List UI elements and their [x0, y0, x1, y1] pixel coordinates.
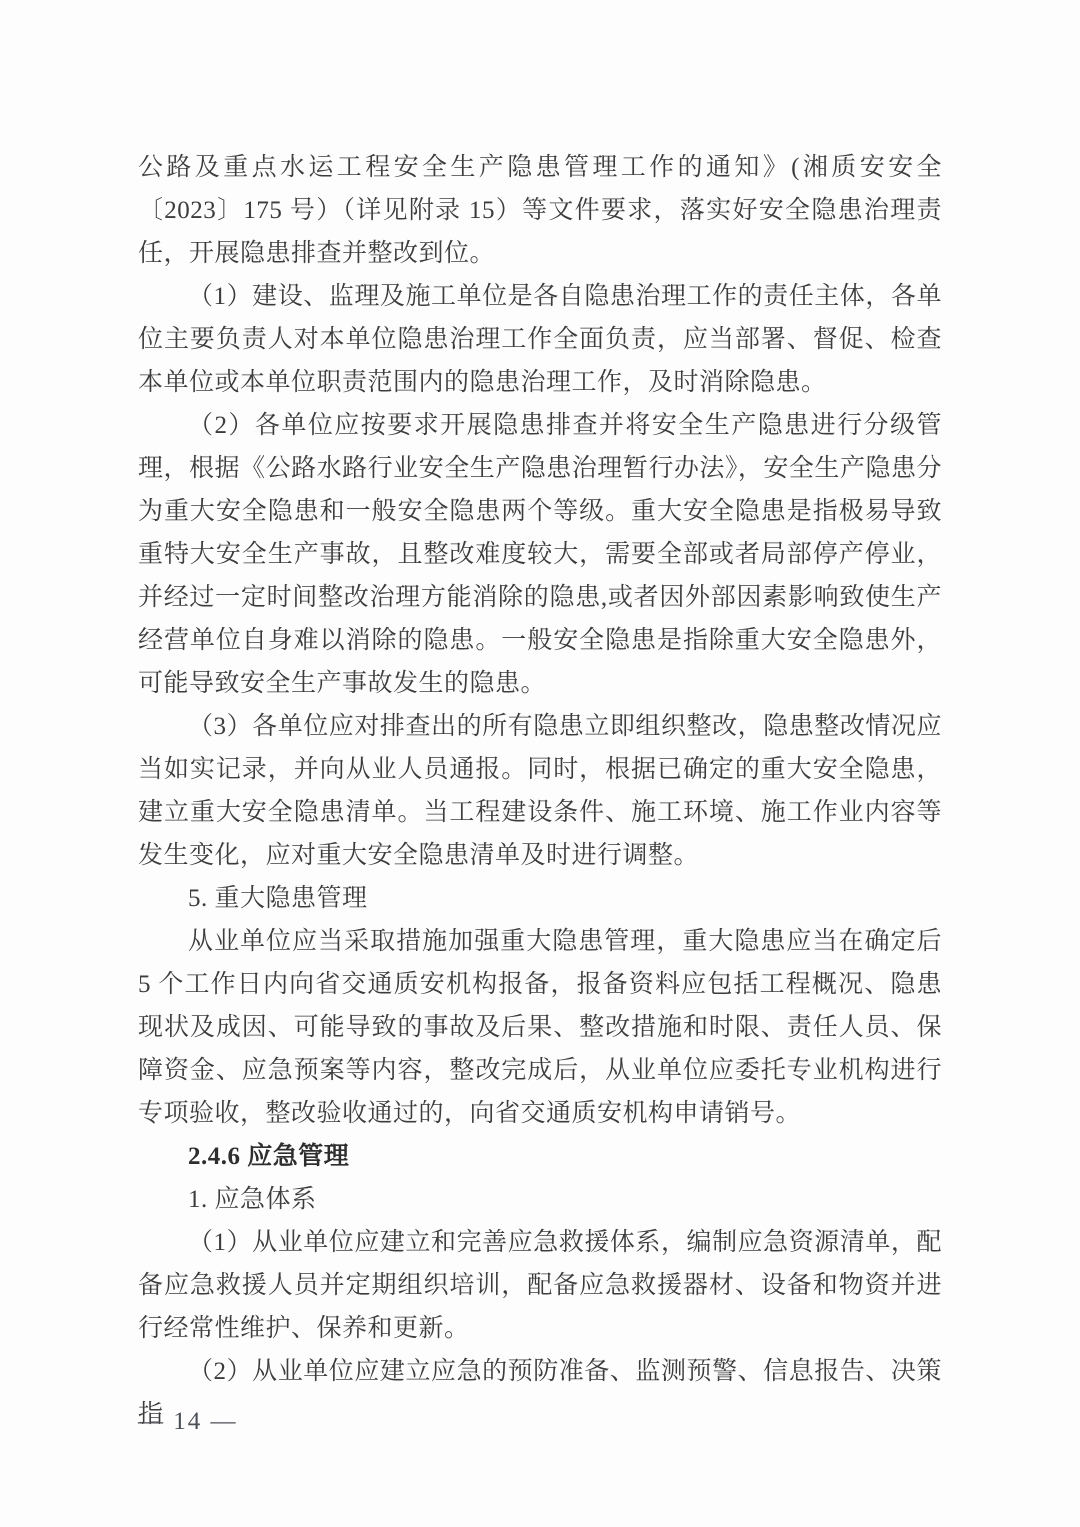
subheading-emergency-system: 1. 应急体系 — [138, 1178, 942, 1221]
paragraph-item-1: （1）建设、监理及施工单位是各自隐患治理工作的责任主体，各单位主要负责人对本单位… — [138, 275, 942, 404]
paragraph-continuation: 公路及重点水运工程安全生产隐患管理工作的通知》(湘质安安全〔2023〕175 号… — [138, 146, 942, 275]
section-heading-emergency-management: 2.4.6 应急管理 — [138, 1135, 942, 1178]
paragraph-emergency-2-partial: （2）从业单位应建立应急的预防准备、监测预警、信息报告、决策指 — [138, 1350, 942, 1436]
paragraph-item-3: （3）各单位应对排查出的所有隐患立即组织整改，隐患整改情况应当如实记录，并向从业… — [138, 705, 942, 877]
document-page: 公路及重点水运工程安全生产隐患管理工作的通知》(湘质安安全〔2023〕175 号… — [0, 0, 1080, 1527]
paragraph-emergency-1: （1）从业单位应建立和完善应急救援体系，编制应急资源清单，配备应急救援人员并定期… — [138, 1221, 942, 1350]
page-number-footer: — 14 — — [138, 1402, 238, 1442]
document-body: 公路及重点水运工程安全生产隐患管理工作的通知》(湘质安安全〔2023〕175 号… — [138, 146, 942, 1436]
subheading-major-hazard-management: 5. 重大隐患管理 — [138, 877, 942, 920]
paragraph-item-2: （2）各单位应按要求开展隐患排查并将安全生产隐患进行分级管理，根据《公路水路行业… — [138, 404, 942, 705]
paragraph-major-hazard-body: 从业单位应当采取措施加强重大隐患管理，重大隐患应当在确定后 5 个工作日内向省交… — [138, 920, 942, 1135]
